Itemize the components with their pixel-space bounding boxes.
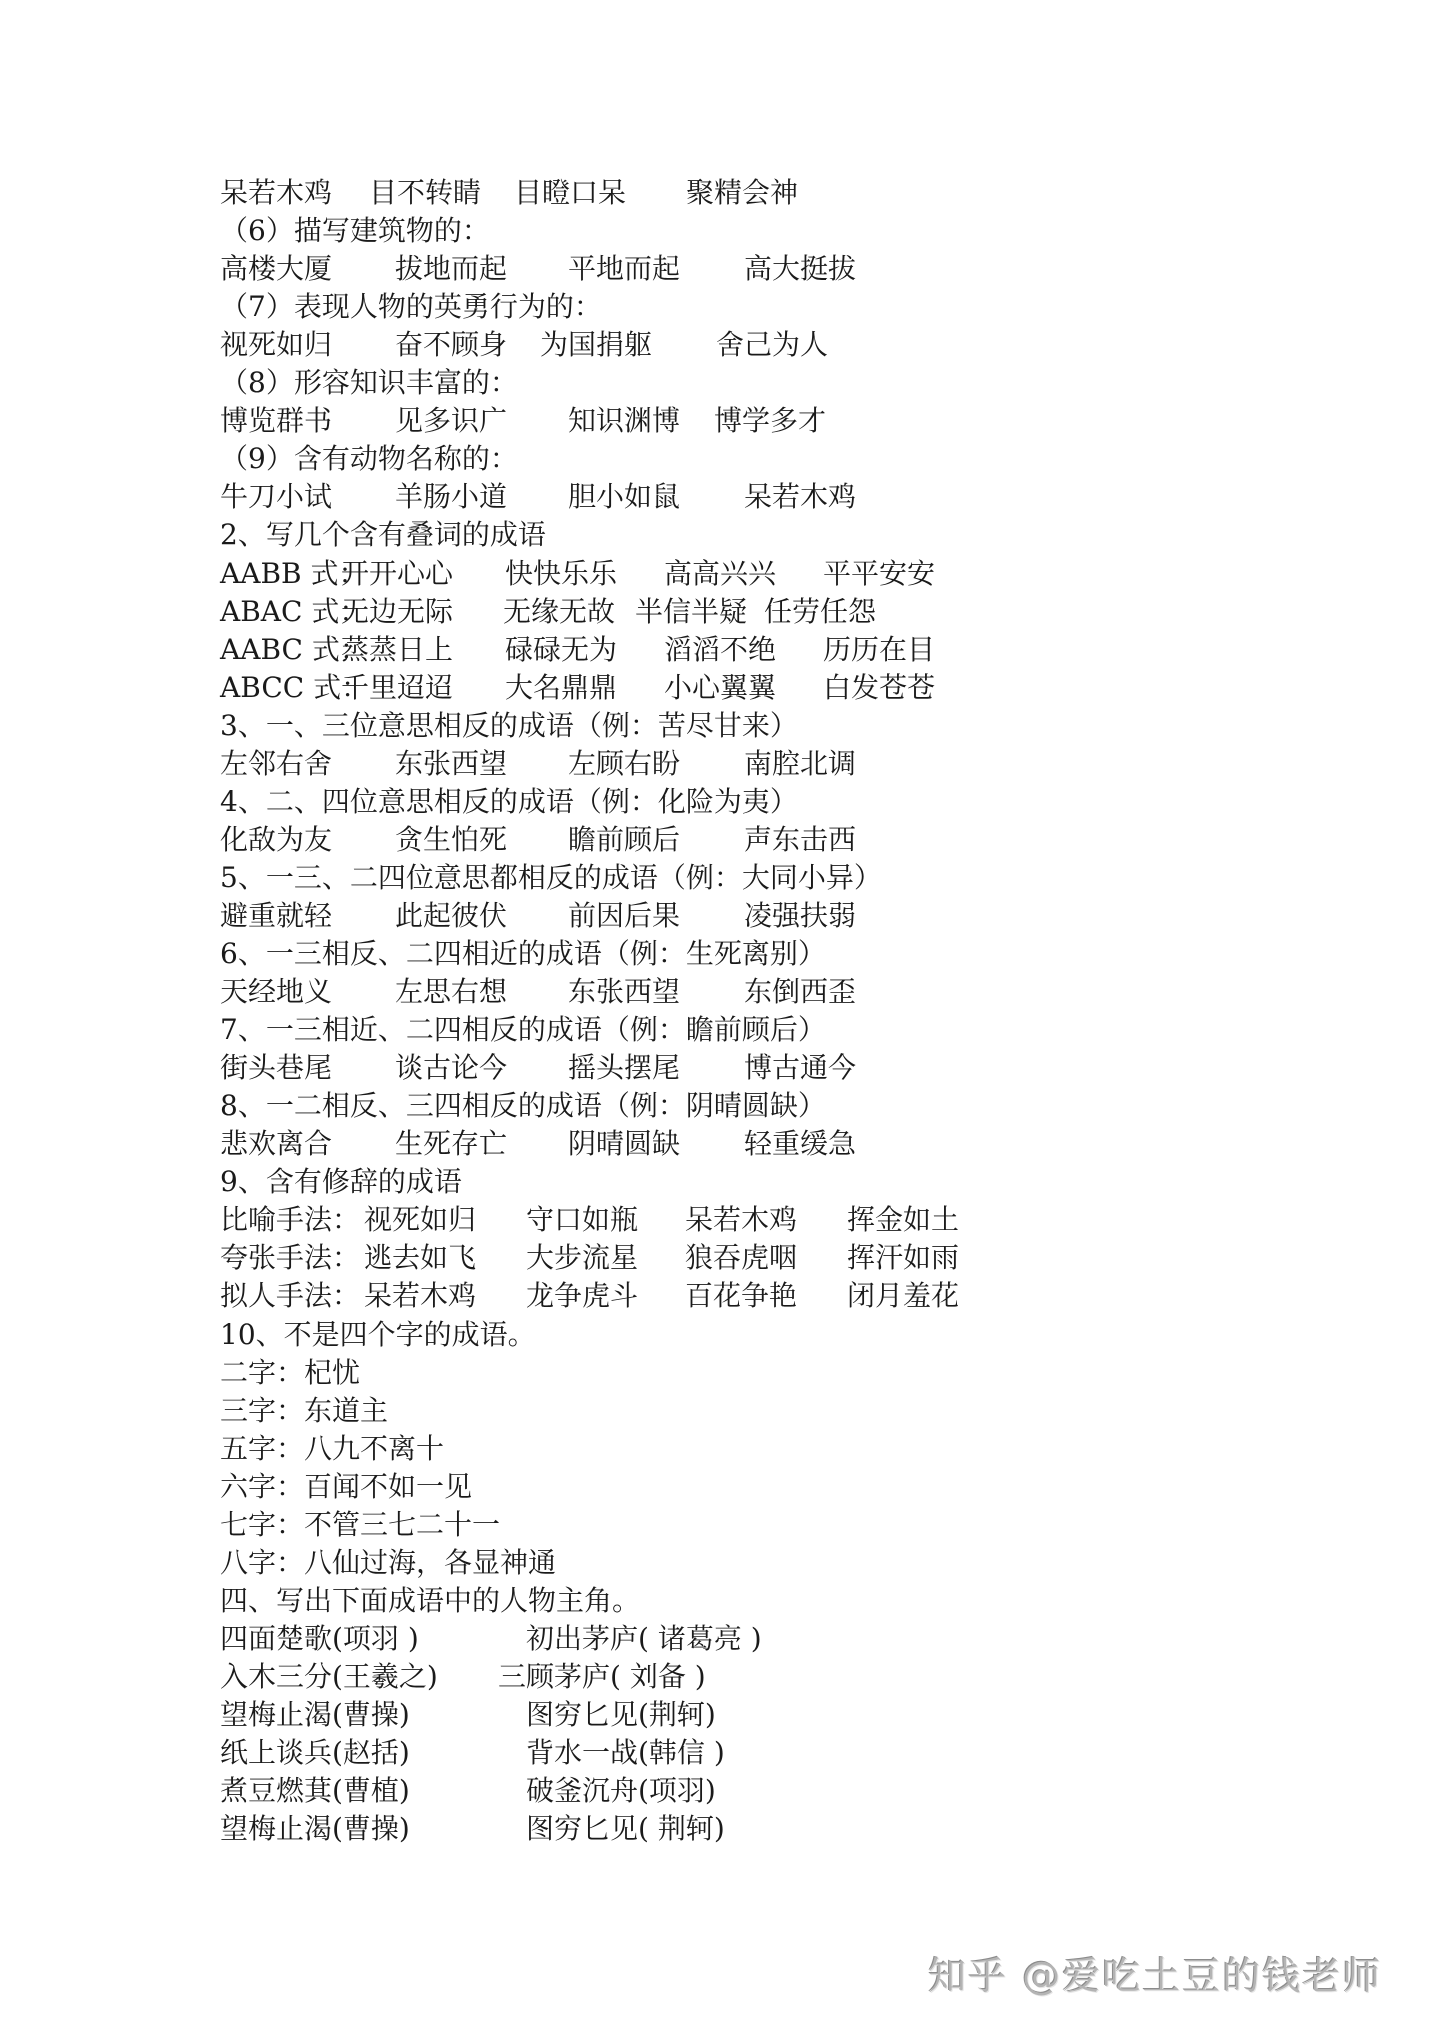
idiom-cell: 四面楚歌(项羽 ) — [220, 1620, 419, 1658]
idiom-cell: 图穷匕见( 荆轲) — [526, 1810, 725, 1848]
idiom-cell: 大步流星 — [526, 1239, 638, 1277]
idiom-cell: 纸上谈兵(赵括) — [220, 1734, 410, 1772]
idiom-cell: 化敌为友 — [220, 821, 332, 859]
idiom-cell: 博览群书 — [220, 402, 332, 440]
idiom-cell: 历历在目 — [823, 631, 935, 669]
idiom-cell: 夸张手法： — [220, 1239, 360, 1277]
idiom-cell: 大名鼎鼎 — [505, 669, 617, 707]
idiom-cell: 避重就轻 — [220, 897, 332, 935]
idiom-cell: 狼吞虎咽 — [685, 1239, 797, 1277]
idiom-cell: 百花争艳 — [685, 1277, 797, 1315]
idiom-cell: 东张西望 — [395, 745, 507, 783]
section-heading: 二字：杞忧 — [220, 1354, 360, 1392]
idiom-cell: 视死如归 — [220, 326, 332, 364]
idiom-cell: 南腔北调 — [744, 745, 856, 783]
idiom-cell: 守口如瓶 — [526, 1201, 638, 1239]
idiom-cell: 舍己为人 — [716, 326, 828, 364]
section-heading: 七字：不管三七二十一 — [220, 1506, 500, 1544]
idiom-cell: 凌强扶弱 — [744, 897, 856, 935]
idiom-cell: 拔地而起 — [395, 250, 507, 288]
section-heading: （8）形容知识丰富的： — [220, 364, 518, 402]
idiom-cell: 此起彼伏 — [395, 897, 507, 935]
section-heading: 六字：百闻不如一见 — [220, 1468, 472, 1506]
idiom-cell: 高楼大厦 — [220, 250, 332, 288]
idiom-cell: 东倒西歪 — [744, 973, 856, 1011]
idiom-cell: 入木三分(王羲之) — [220, 1658, 438, 1696]
idiom-cell: 悲欢离合 — [220, 1125, 332, 1163]
idiom-cell: 呆若木鸡 — [685, 1201, 797, 1239]
section-heading: 2、写几个含有叠词的成语 — [220, 516, 546, 554]
idiom-cell: 煮豆燃萁(曹植) — [220, 1772, 410, 1810]
idiom-cell: 谈古论今 — [395, 1049, 507, 1087]
section-heading: 3、一、三位意思相反的成语（例：苦尽甘来） — [220, 707, 798, 745]
idiom-cell: 快快乐乐 — [505, 555, 617, 593]
idiom-cell: 阴晴圆缺 — [568, 1125, 680, 1163]
idiom-cell: 无缘无故 — [503, 593, 615, 631]
idiom-cell: 比喻手法： — [220, 1201, 360, 1239]
idiom-cell: 博古通今 — [744, 1049, 856, 1087]
idiom-cell: 蒸蒸日上 — [341, 631, 453, 669]
section-heading: 10、不是四个字的成语。 — [220, 1316, 536, 1354]
idiom-cell: 滔滔不绝 — [664, 631, 776, 669]
section-heading: 7、一三相近、二四相反的成语（例：瞻前顾后） — [220, 1011, 826, 1049]
section-heading: 4、二、四位意思相反的成语（例：化险为夷） — [220, 783, 798, 821]
idiom-cell: 逃去如飞 — [364, 1239, 476, 1277]
idiom-cell: 高大挺拔 — [744, 250, 856, 288]
idiom-cell: 白发苍苍 — [823, 669, 935, 707]
idiom-cell: 天经地义 — [220, 973, 332, 1011]
idiom-cell: 高高兴兴 — [664, 555, 776, 593]
idiom-cell: 小心翼翼 — [664, 669, 776, 707]
idiom-cell: 东张西望 — [568, 973, 680, 1011]
idiom-cell: 目不转睛 — [369, 174, 481, 212]
idiom-cell: 街头巷尾 — [220, 1049, 332, 1087]
idiom-cell: 平地而起 — [568, 250, 680, 288]
idiom-cell: 见多识广 — [395, 402, 507, 440]
idiom-cell: 千里迢迢 — [341, 669, 453, 707]
idiom-cell: 初出茅庐( 诸葛亮 ) — [526, 1620, 762, 1658]
section-heading: 8、一二相反、三四相反的成语（例：阴晴圆缺） — [220, 1087, 826, 1125]
idiom-cell: 左思右想 — [395, 973, 507, 1011]
idiom-cell: 碌碌无为 — [505, 631, 617, 669]
section-heading: 八字：八仙过海，各显神通 — [220, 1544, 556, 1582]
idiom-cell: 半信半疑 — [635, 593, 747, 631]
idiom-cell: 望梅止渴(曹操) — [220, 1696, 410, 1734]
idiom-cell: 生死存亡 — [395, 1125, 507, 1163]
section-heading: 6、一三相反、二四相近的成语（例：生死离别） — [220, 935, 826, 973]
section-heading: 5、一三、二四位意思都相反的成语（例：大同小异） — [220, 859, 882, 897]
idiom-cell: 聚精会神 — [686, 174, 798, 212]
idiom-cell: 视死如归 — [364, 1201, 476, 1239]
section-heading: （9）含有动物名称的： — [220, 440, 518, 478]
idiom-cell: 无边无际 — [341, 593, 453, 631]
idiom-cell: 胆小如鼠 — [568, 478, 680, 516]
idiom-cell: 三顾茅庐( 刘备 ) — [498, 1658, 706, 1696]
idiom-cell: 博学多才 — [714, 402, 826, 440]
idiom-cell: 挥汗如雨 — [847, 1239, 959, 1277]
idiom-cell: 龙争虎斗 — [526, 1277, 638, 1315]
idiom-cell: 挥金如土 — [847, 1201, 959, 1239]
section-heading: 五字：八九不离十 — [220, 1430, 444, 1468]
idiom-cell: 目瞪口呆 — [514, 174, 626, 212]
zhihu-watermark: 知乎 @爱吃土豆的钱老师 — [928, 1952, 1382, 2000]
idiom-cell: 为国捐躯 — [540, 326, 652, 364]
idiom-cell: 呆若木鸡 — [744, 478, 856, 516]
idiom-cell: 拟人手法： — [220, 1277, 360, 1315]
idiom-cell: 呆若木鸡 — [220, 174, 332, 212]
idiom-cell: 轻重缓急 — [744, 1125, 856, 1163]
idiom-cell: 前因后果 — [568, 897, 680, 935]
section-heading: 三字：东道主 — [220, 1392, 388, 1430]
section-heading: 9、含有修辞的成语 — [220, 1163, 462, 1201]
idiom-cell: 奋不顾身 — [395, 326, 507, 364]
idiom-cell: 左顾右盼 — [568, 745, 680, 783]
idiom-cell: 图穷匕见(荆轲) — [526, 1696, 716, 1734]
idiom-cell: 贪生怕死 — [395, 821, 507, 859]
idiom-cell: 闭月羞花 — [847, 1277, 959, 1315]
idiom-cell: 背水一战(韩信 ) — [526, 1734, 725, 1772]
idiom-cell: 望梅止渴(曹操) — [220, 1810, 410, 1848]
idiom-cell: 平平安安 — [823, 555, 935, 593]
idiom-cell: 呆若木鸡 — [364, 1277, 476, 1315]
idiom-cell: 左邻右舍 — [220, 745, 332, 783]
document-page: 呆若木鸡目不转睛目瞪口呆聚精会神（6）描写建筑物的：高楼大厦拔地而起平地而起高大… — [0, 0, 1440, 2036]
idiom-cell: 任劳任怨 — [764, 593, 876, 631]
section-heading: 四、写出下面成语中的人物主角。 — [220, 1582, 640, 1620]
section-heading: （7）表现人物的英勇行为的： — [220, 288, 602, 326]
idiom-cell: 羊肠小道 — [395, 478, 507, 516]
section-heading: （6）描写建筑物的： — [220, 212, 490, 250]
idiom-cell: 瞻前顾后 — [568, 821, 680, 859]
idiom-cell: 开开心心 — [341, 555, 453, 593]
idiom-cell: 声东击西 — [744, 821, 856, 859]
idiom-cell: 破釜沉舟(项羽) — [526, 1772, 716, 1810]
idiom-cell: 摇头摆尾 — [568, 1049, 680, 1087]
idiom-cell: 知识渊博 — [568, 402, 680, 440]
idiom-cell: 牛刀小试 — [220, 478, 332, 516]
